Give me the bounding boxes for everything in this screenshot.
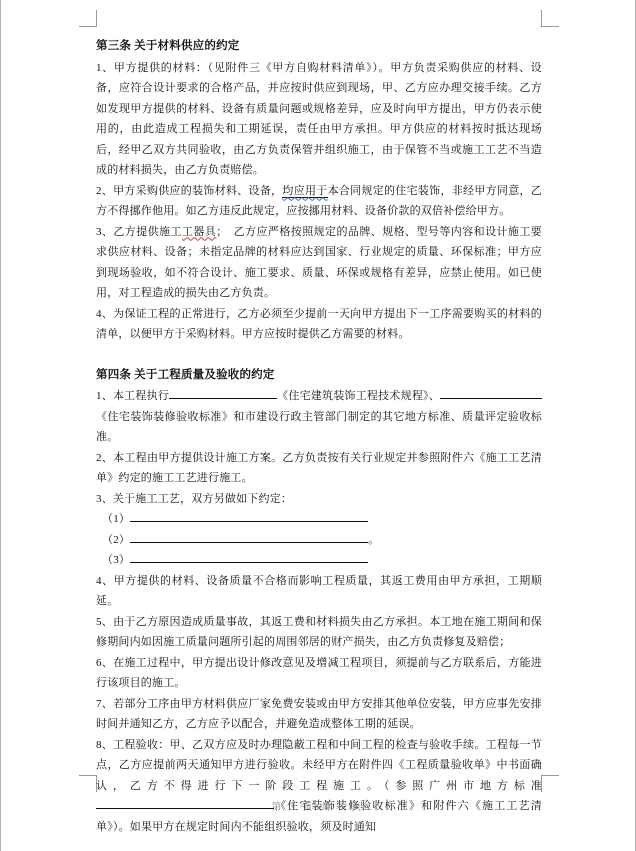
fill-in-line: （2）。	[96, 530, 542, 551]
paragraph: 4、为保证工程的正常进行，乙方必须至少提前一天向甲方提出下一工序需要购买的材料的…	[96, 304, 542, 345]
paragraph: 1、本工程执行《住宅建筑装饰工程技术规程》、《住宅装饰装修验收标准》和市建设行政…	[96, 386, 542, 448]
text-run-underline-wavy-blue: 均应用于	[282, 185, 327, 198]
text-run: 4、甲方提供的材料、设备质量不合格而影响工程质量，其返工费用由甲方承担，工期顺延…	[96, 575, 542, 608]
text-run: 《住宅建筑装饰工程技术规程》、	[277, 390, 440, 402]
text-run: 6、在施工过程中，甲方提出设计修改意见及增减工程项目，须提前与乙方联系后，方能进…	[96, 657, 542, 690]
fill-in-line: （1）	[96, 509, 542, 530]
paragraph: 5、由于乙方原因造成质量事故，其返工费和材料损失由乙方承担。本工地在施工期间和保…	[96, 612, 542, 653]
paragraph: 6、在施工过程中，甲方提出设计修改意见及增减工程项目，须提前与乙方联系后，方能进…	[96, 653, 542, 694]
page-footer: 第 3 页 共 6 页	[1, 799, 635, 813]
blank-underline-field[interactable]	[130, 530, 368, 543]
text-run: 《住宅装饰装修验收标准》和市建设行政主管部门制定的其它地方标准、质量评定验收标准…	[96, 411, 542, 444]
paragraph: 1、甲方提供的材料：（见附件三《甲方自购材料清单》）。甲方负责采购供应的材料、设…	[96, 58, 542, 181]
paragraph: 2、甲方采购供应的装饰材料、设备，均应用于本合同规定的住宅装饰，非经甲方同意，乙…	[96, 181, 542, 222]
text-run: 2、甲方采购供应的装饰材料、设备，	[96, 185, 282, 197]
paragraph: 3、关于施工工艺，双方另做如下约定：	[96, 489, 542, 510]
text-run: 2、本工程由甲方提供设计施工方案。乙方负责按有关行业规定并参照附件六《施工工艺清…	[96, 452, 542, 485]
paragraph: 3、乙方提供施工工器具； 乙方应严格按照规定的品牌、规格、型号等内容和设计施工要…	[96, 222, 542, 304]
document-body[interactable]: 第三条 关于材料供应的约定1、甲方提供的材料：（见附件三《甲方自购材料清单》）。…	[96, 36, 542, 837]
margin-mark-top-left	[79, 10, 97, 27]
paragraph: 2、本工程由甲方提供设计施工方案。乙方负责按有关行业规定并参照附件六《施工工艺清…	[96, 448, 542, 489]
blank-underline-field[interactable]	[130, 550, 368, 563]
contract-section: 第三条 关于材料供应的约定1、甲方提供的材料：（见附件三《甲方自购材料清单》）。…	[96, 36, 542, 345]
text-run: 3、乙方提供施工	[96, 226, 182, 238]
text-run: 7、若部分工序由甲方材料供应厂家免费安装或由甲方安排其他单位安装，甲方应事先安排…	[96, 698, 542, 731]
blank-underline-field[interactable]	[440, 386, 542, 399]
text-run: 4、为保证工程的正常进行，乙方必须至少提前一天向甲方提出下一工序需要购买的材料的…	[96, 308, 542, 341]
text-run: 1、甲方提供的材料：（见附件三《甲方自购材料清单》）。甲方负责采购供应的材料、设…	[96, 62, 542, 177]
section-heading: 第四条 关于工程质量及验收的约定	[96, 365, 542, 386]
margin-mark-bottom-left	[79, 775, 97, 792]
document-page: 第三条 关于材料供应的约定1、甲方提供的材料：（见附件三《甲方自购材料清单》）。…	[0, 0, 636, 851]
paragraph: 4、甲方提供的材料、设备质量不合格而影响工程质量，其返工费用由甲方承担，工期顺延…	[96, 571, 542, 612]
margin-mark-top-right	[541, 10, 559, 27]
paragraph: 8、工程验收：甲、乙双方应及时办理隐蔽工程和中间工程的检查与验收手续。工程每一节…	[96, 735, 542, 838]
blank-underline-field[interactable]	[169, 386, 277, 399]
text-run: （2）	[102, 534, 130, 546]
text-run: 3、关于施工工艺，双方另做如下约定：	[96, 493, 292, 505]
text-run: （1）	[102, 513, 130, 525]
text-run: 。	[368, 534, 379, 546]
blank-underline-field[interactable]	[130, 509, 368, 522]
text-run: 1、本工程执行	[96, 390, 169, 402]
section-heading: 第三条 关于材料供应的约定	[96, 36, 542, 57]
paragraph: 7、若部分工序由甲方材料供应厂家免费安装或由甲方安排其他单位安装，甲方应事先安排…	[96, 694, 542, 735]
text-run: 5、由于乙方原因造成质量事故，其返工费和材料损失由乙方承担。本工地在施工期间和保…	[96, 616, 542, 649]
text-run: 8、工程验收：甲、乙双方应及时办理隐蔽工程和中间工程的检查与验收手续。工程每一节…	[96, 739, 542, 792]
fill-in-line: （3）	[96, 550, 542, 571]
text-run: （3）	[102, 554, 130, 566]
margin-mark-bottom-right	[541, 775, 559, 792]
text-run-wavy-red: 工器具	[182, 226, 216, 238]
contract-section: 第四条 关于工程质量及验收的约定1、本工程执行《住宅建筑装饰工程技术规程》、《住…	[96, 365, 542, 838]
